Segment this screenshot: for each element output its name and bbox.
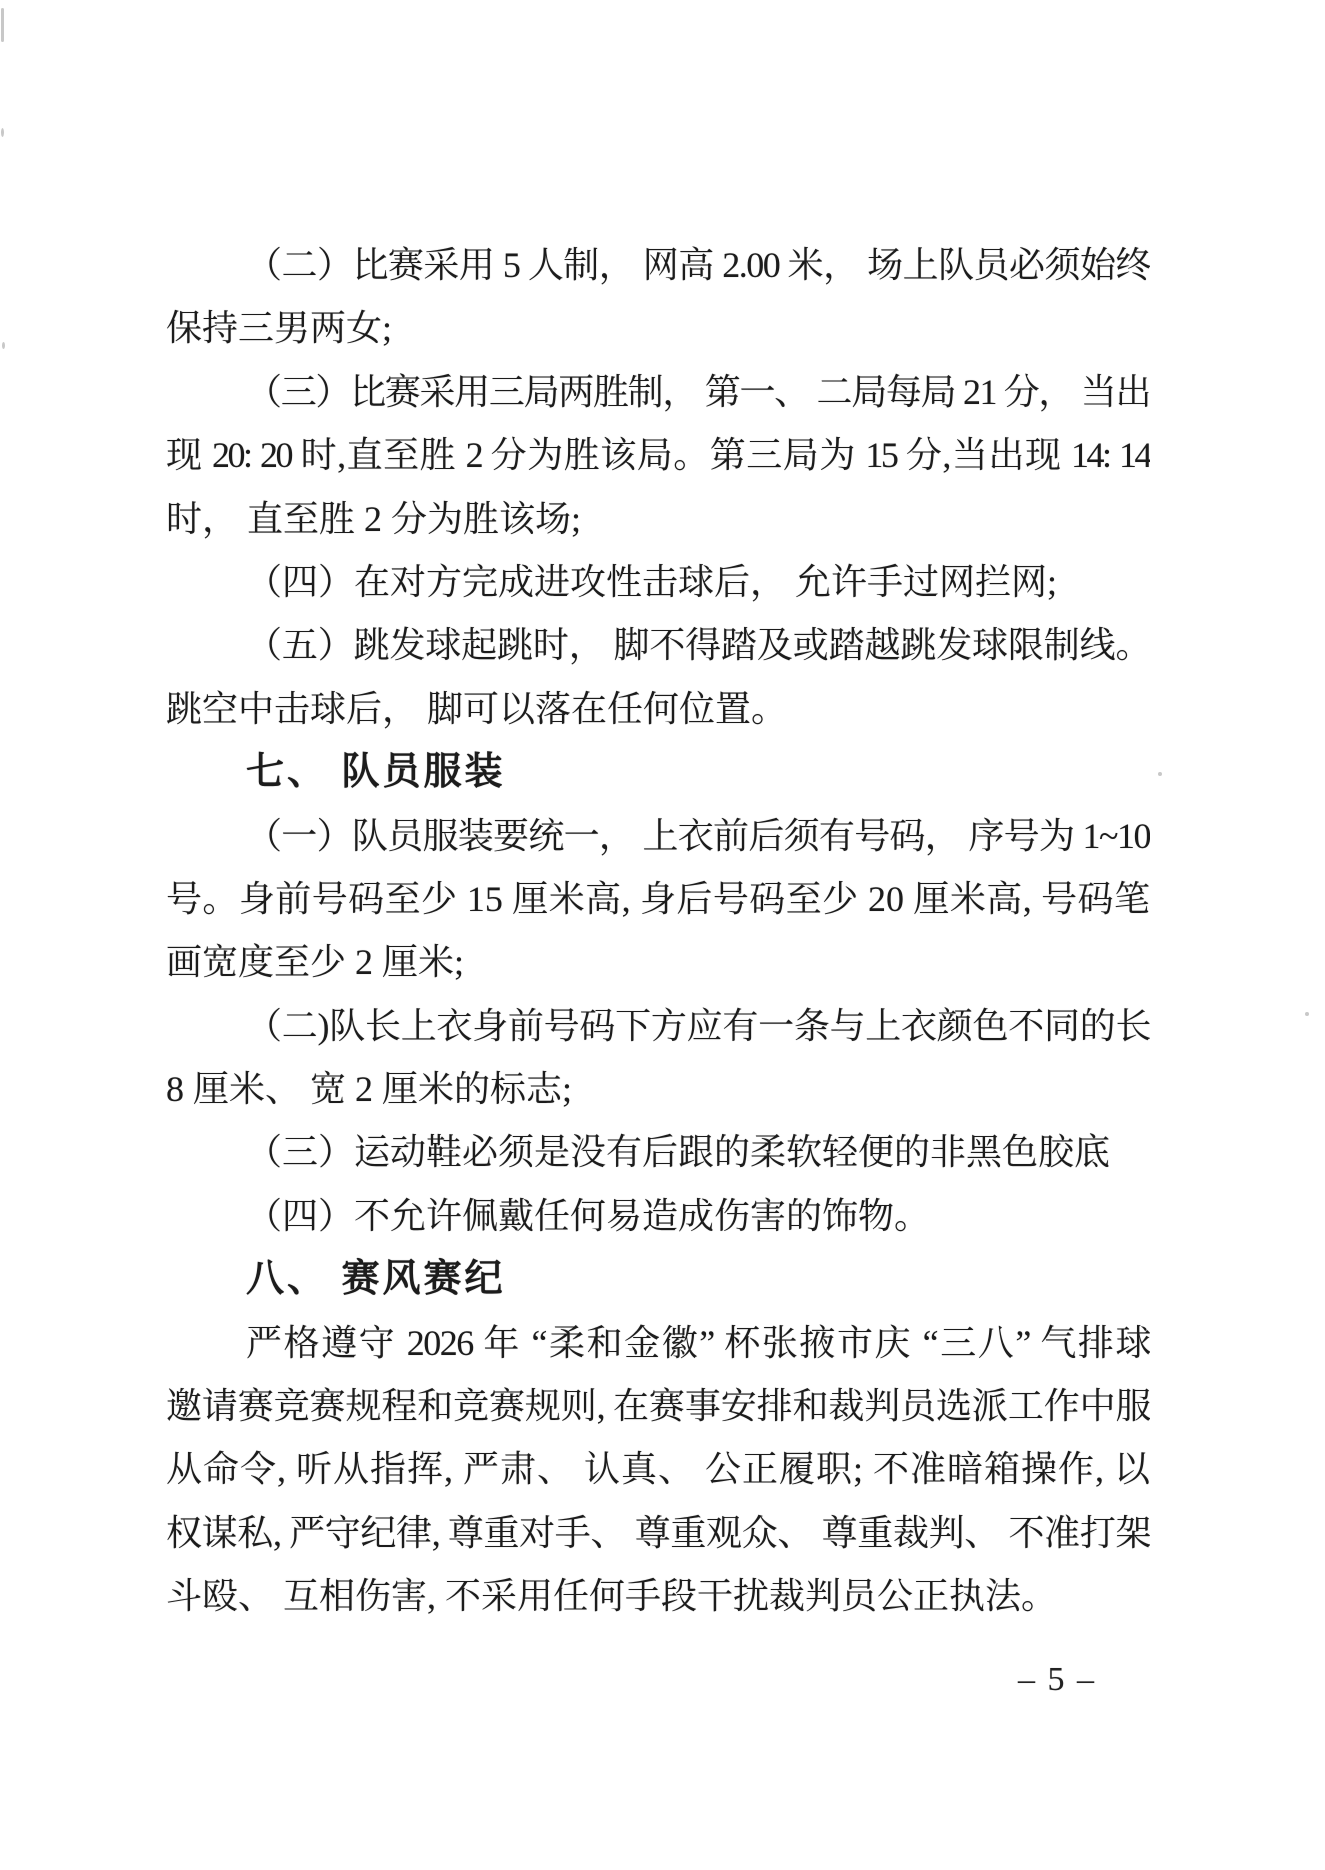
text-line: （三）运动鞋必须是没有后跟的柔软轻便的非黑色胶底鞋; [166, 1121, 1150, 1184]
scan-speck [1, 8, 4, 42]
text-line: 画宽度至少 2 厘米; [166, 931, 1150, 994]
body-text: （二）比赛采用 5 人制， 网高 2.00 米， 场上队员必须始终 保持三男两女… [166, 234, 1150, 1629]
text-line: （二)队长上衣身前号码下方应有一条与上衣颜色不同的长 [166, 995, 1150, 1058]
text-line: 号。身前号码至少 15 厘米高, 身后号码至少 20 厘米高, 号码笔 [166, 868, 1150, 931]
text-line: （四）在对方完成进攻性击球后， 允许手过网拦网; [166, 551, 1150, 614]
text-line: 时， 直至胜 2 分为胜该场; [166, 488, 1150, 551]
scanned-document-page: （二）比赛采用 5 人制， 网高 2.00 米， 场上队员必须始终 保持三男两女… [0, 0, 1325, 1870]
page-number-label: – 5 – [1018, 1660, 1158, 1700]
scan-speck [2, 342, 5, 349]
scan-speck [1158, 772, 1162, 776]
scan-speck [1, 128, 4, 137]
text-line: （四）不允许佩戴任何易造成伤害的饰物。 [166, 1185, 1150, 1248]
text-line: 严格遵守 2026 年 “柔和金徽” 杯张掖市庆 “三八” 气排球 [166, 1312, 1150, 1375]
text-line: 跳空中击球后， 脚可以落在任何位置。 [166, 678, 1150, 741]
text-line: 邀请赛竞赛规程和竞赛规则, 在赛事安排和裁判员选派工作中服 [166, 1375, 1150, 1438]
text-line: 斗殴、 互相伤害, 不采用任何手段干扰裁判员公正执法。 [166, 1565, 1150, 1628]
section-heading-8: 八、 赛风赛纪 [166, 1248, 1150, 1311]
text-line: 现 20: 20 时,直至胜 2 分为胜该局。第三局为 15 分,当出现 14:… [166, 424, 1150, 487]
text-line: 保持三男两女; [166, 297, 1150, 360]
section-heading-7: 七、 队员服装 [166, 741, 1150, 804]
text-line: 从命令, 听从指挥, 严肃、 认真、 公正履职; 不准暗箱操作, 以 [166, 1438, 1150, 1501]
text-line: （二）比赛采用 5 人制， 网高 2.00 米， 场上队员必须始终 [166, 234, 1150, 297]
text-line: 8 厘米、 宽 2 厘米的标志; [166, 1058, 1150, 1121]
scan-speck [1305, 1012, 1309, 1016]
text-line: （一）队员服装要统一， 上衣前后须有号码， 序号为 1~10 [166, 805, 1150, 868]
text-line: （五）跳发球起跳时， 脚不得踏及或踏越跳发球限制线。起 [166, 614, 1150, 677]
text-line: 权谋私, 严守纪律, 尊重对手、 尊重观众、 尊重裁判、 不准打架 [166, 1502, 1150, 1565]
text-line: （三）比赛采用三局两胜制， 第一、 二局每局 21 分， 当出 [166, 361, 1150, 424]
